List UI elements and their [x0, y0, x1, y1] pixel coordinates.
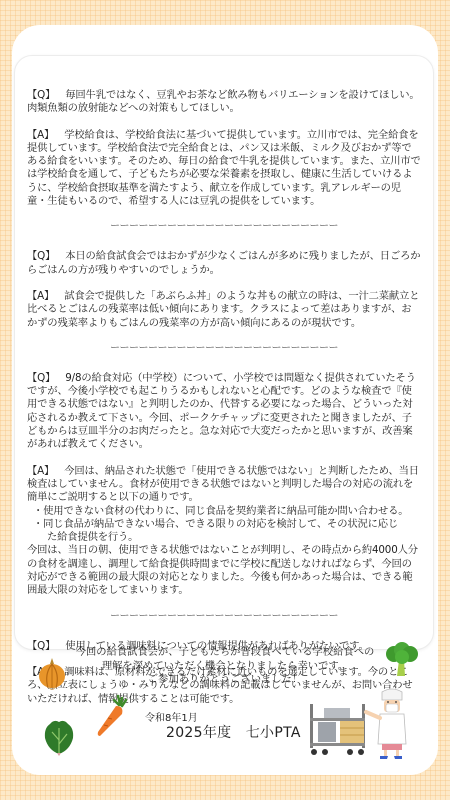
question-tag: 【Q】 — [27, 372, 55, 384]
divider: ーーーーーーーーーーーーーーーーーーーーーーーー — [27, 221, 421, 233]
qa-item-a2: 【A】試食会で提供した「あぶらふ丼」のような丼もの献立の時は、一汁二菜献立と比べ… — [27, 290, 421, 330]
question-tag: 【Q】 — [27, 89, 55, 101]
bullet-item: ・同じ食品が納品できない場合、できる限りの対応を検討して、その状況に応じ — [27, 518, 421, 531]
question-text: 【Q】9/8の給食対応（中学校）について、小学校では問題なく提供されていたそうで… — [27, 372, 421, 452]
qa-item-q1: 【Q】毎回牛乳ではなく、豆乳やお茶など飲み物もバリエーションを設けてほしい。肉類… — [27, 89, 421, 116]
organization-name: 2025年度 七小PTA — [166, 722, 301, 742]
answer-tag: 【A】 — [27, 129, 54, 141]
answer-text-continued: 今回は、当日の朝、使用できる状態ではないことが判明し、その時点から約4000人分… — [27, 544, 421, 597]
carrot-icon — [94, 694, 130, 738]
broccoli-icon — [385, 642, 419, 678]
qa-item-q2: 【Q】本日の給食試食会ではおかずが少なくごはんが多めに残りましたが、日ごろからご… — [27, 250, 421, 277]
bullet-item-continued: た給食提供を行う。 — [27, 531, 421, 544]
divider: ーーーーーーーーーーーーーーーーーーーーーーーー — [27, 611, 421, 623]
answer-text: 【A】試食会で提供した「あぶらふ丼」のような丼もの献立の時は、一汁二菜献立と比べ… — [27, 290, 421, 330]
onion-icon — [36, 656, 68, 690]
answer-text: 【A】今回は、納品された状態で「使用できる状態ではない」と判断したため、当日検査… — [27, 465, 421, 505]
lettuce-icon — [42, 718, 76, 756]
qa-item-a1: 【A】学校給食は、学校給食法に基づいて提供しています。立川市では、完全給食を提供… — [27, 129, 421, 209]
qa-item-q3: 【Q】9/8の給食対応（中学校）について、小学校では問題なく提供されていたそうで… — [27, 372, 421, 452]
answer-text: 【A】学校給食は、学校給食法に基づいて提供しています。立川市では、完全給食を提供… — [27, 129, 421, 209]
divider: ーーーーーーーーーーーーーーーーーーーーーーーー — [27, 343, 421, 355]
answer-tag: 【A】 — [27, 290, 54, 302]
question-text: 【Q】毎回牛乳ではなく、豆乳やお茶など飲み物もバリエーションを設けてほしい。肉類… — [27, 89, 421, 116]
question-tag: 【Q】 — [27, 250, 55, 262]
answer-tag: 【A】 — [27, 465, 54, 477]
bullet-item: ・使用できない食材の代わりに、同じ食品を契約業者に納品可能か問い合わせる。 — [27, 505, 421, 518]
question-text: 【Q】本日の給食試食会ではおかずが少なくごはんが多めに残りましたが、日ごろからご… — [27, 250, 421, 277]
qa-card: 【Q】毎回牛乳ではなく、豆乳やお茶など飲み物もバリエーションを設けてほしい。肉類… — [14, 55, 434, 650]
qa-item-a3: 【A】今回は、納品された状態で「使用できる状態ではない」と判断したため、当日検査… — [27, 465, 421, 598]
lunch-server-cart-icon — [308, 688, 418, 764]
